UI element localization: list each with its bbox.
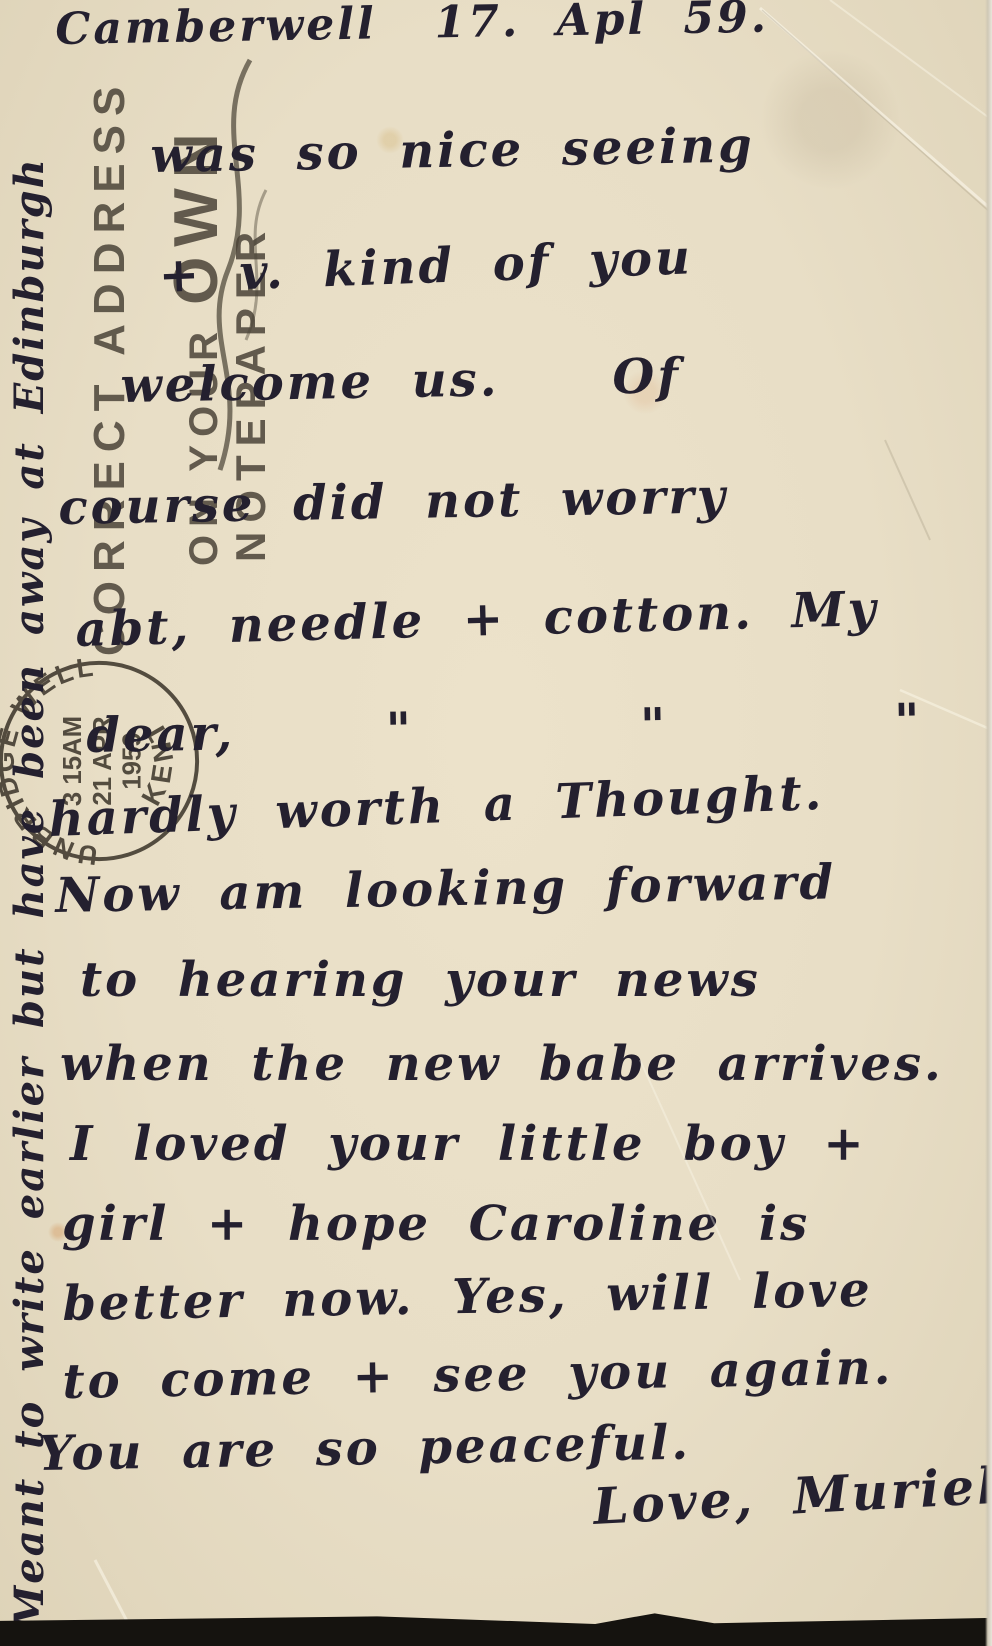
letter-line: abt, needle + cotton. My: [75, 585, 879, 654]
dateline-place: Camberwell: [55, 0, 377, 55]
dateline-date: 17. Apl 59.: [434, 0, 769, 48]
letter-line: Now am looking forward: [55, 858, 836, 920]
postcard-scan: CORRECT ADDRESS ON YOUR OWN NOTEPAPER TU…: [0, 0, 992, 1646]
letter-line: was so nice seeing: [150, 121, 755, 180]
letter-line: to hearing your news: [80, 956, 761, 1004]
signature: Love, Muriel: [592, 1461, 992, 1532]
letter-line: girl + hope Caroline is: [62, 1200, 810, 1248]
letter-line: better now. Yes, will love: [62, 1266, 873, 1328]
scan-right-edge: [985, 0, 992, 1646]
scan-bottom-edge: [0, 1608, 992, 1646]
letter-line: I loved your little boy +: [70, 1120, 867, 1168]
letter-line: when the new babe arrives.: [60, 1040, 944, 1088]
margin-note: Meant to write earlier but have been awa…: [10, 157, 50, 1630]
letter-line: You are so peaceful.: [38, 1419, 691, 1478]
letter-line: dear, " " " is: [86, 694, 992, 760]
letter-line: to come + see you again.: [62, 1343, 894, 1405]
letter-line: welcome us. Of: [120, 352, 681, 410]
letter-line: course did not worry: [58, 472, 728, 532]
dateline: Camberwell17. Apl 59.: [55, 0, 769, 52]
